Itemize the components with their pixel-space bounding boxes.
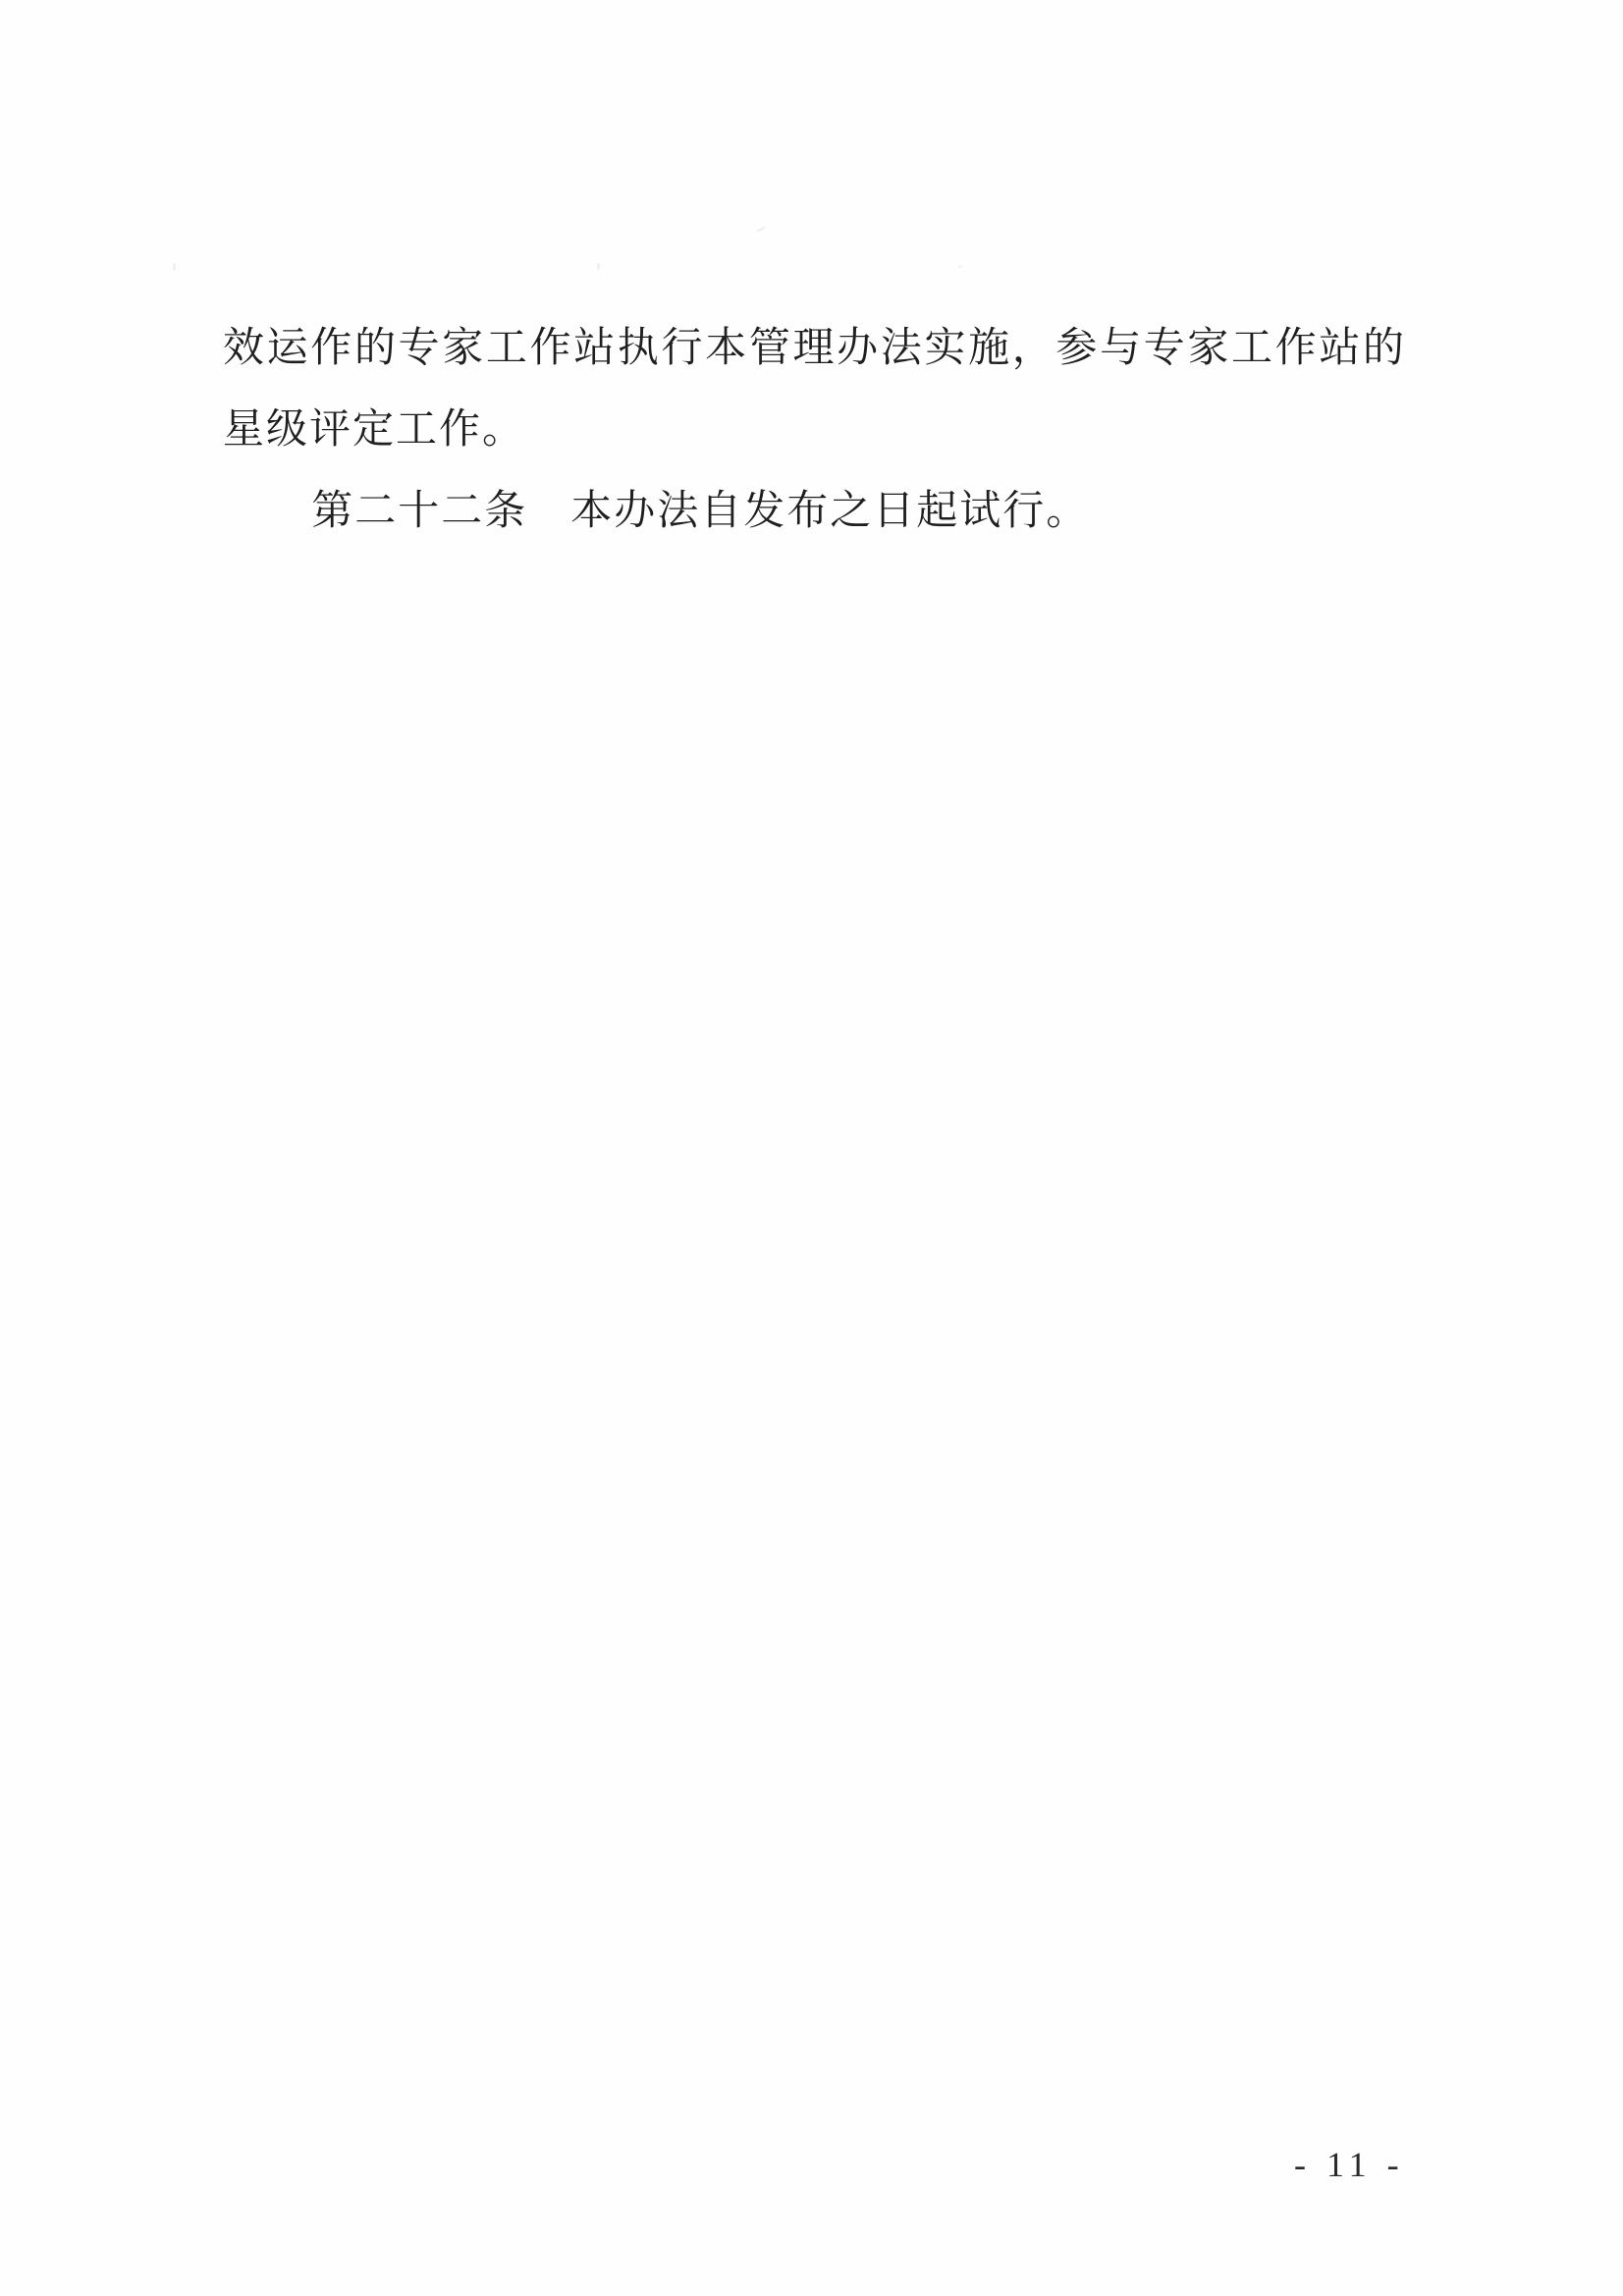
document-page: 效运作的专家工作站执行本管理办法实施，参与专家工作站的星级评定工作。 第二十二条…	[0, 0, 1623, 2296]
page-number: - 11 -	[1294, 2144, 1405, 2185]
scan-speck	[756, 226, 766, 233]
document-body: 效运作的专家工作站执行本管理办法实施，参与专家工作站的星级评定工作。 第二十二条…	[223, 308, 1406, 553]
paragraph-continuation: 效运作的专家工作站执行本管理办法实施，参与专家工作站的星级评定工作。	[223, 308, 1406, 471]
scan-speck	[173, 263, 176, 271]
scan-speck	[957, 265, 963, 268]
scan-speck	[597, 263, 600, 270]
paragraph-article-22: 第二十二条 本办法自发布之日起试行。	[223, 471, 1406, 553]
